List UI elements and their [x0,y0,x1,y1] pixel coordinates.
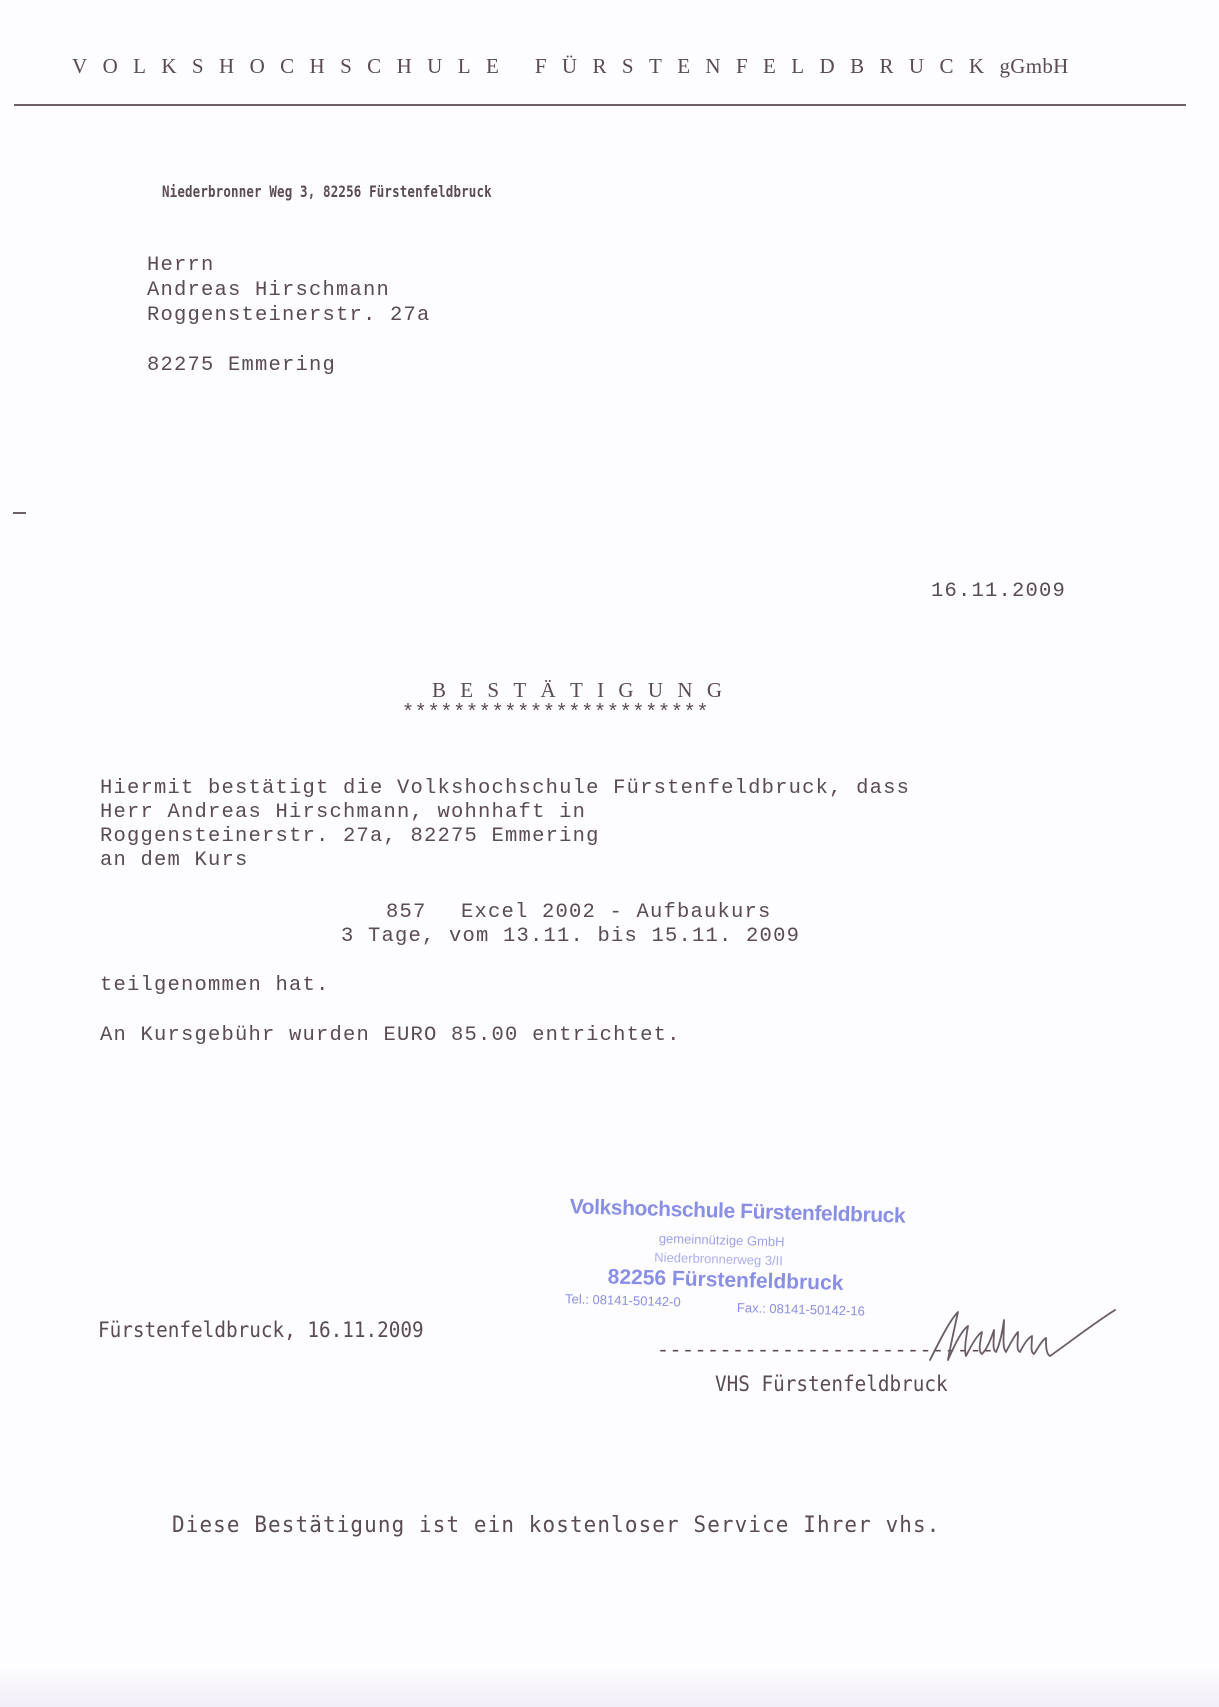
body-line-3: Roggensteinerstr. 27a, 82275 Emmering [100,825,600,848]
participation-line: teilgenommen hat. [100,974,330,997]
body-line-2: Herr Andreas Hirschmann, wohnhaft in [100,801,586,824]
sender-return-address: Niederbronner Weg 3, 82256 Fürstenfeldbr… [162,182,492,201]
letterhead-rule [14,104,1186,106]
stamp-city: 82256 Fürstenfeldbruck [607,1265,843,1296]
stamp-title: Volkshochschule Fürstenfeldbruck [569,1195,905,1228]
org-name: VOLKSHOCHSCHULE FÜRSTENFELDBRUCK [72,54,999,78]
recipient-street: Roggensteinerstr. 27a [147,304,431,327]
stamp-tel: Tel.: 08141-50142-0 [565,1291,681,1309]
stamp-fax: Fax.: 08141-50142-16 [737,1300,865,1319]
letterhead-org-name: VOLKSHOCHSCHULE FÜRSTENFELDBRUCKgGmbH [72,54,1069,79]
stamp-subtitle: gemeinnützige GmbH [659,1231,785,1250]
body-line-4: an dem Kurs [100,849,249,872]
recipient-city: 82275 Emmering [147,354,336,377]
course-name: Excel 2002 - Aufbaukurs [461,901,772,924]
letter-date: 16.11.2009 [931,580,1066,603]
handwritten-signature [920,1290,1120,1380]
signatory-name: VHS Fürstenfeldbruck [715,1372,948,1396]
organization-stamp: Volkshochschule Fürstenfeldbruck gemeinn… [556,1195,930,1345]
body-line-1: Hiermit bestätigt die Volkshochschule Fü… [100,777,910,800]
org-suffix: gGmbH [999,54,1068,78]
course-number: 857 [386,901,427,924]
footer-note: Diese Bestätigung ist ein kostenloser Se… [172,1513,940,1538]
closing-place-date: Fürstenfeldbruck, 16.11.2009 [98,1318,424,1342]
fold-mark [13,512,26,514]
recipient-salutation: Herrn [147,254,215,277]
title-underline-stars: ************************ [402,702,709,725]
page-edge-shading [0,1667,1219,1707]
course-duration: 3 Tage, vom 13.11. bis 15.11. 2009 [341,925,800,948]
recipient-name: Andreas Hirschmann [147,279,390,302]
document-title: BESTÄTIGUNG [432,678,736,703]
fee-line: An Kursgebühr wurden EURO 85.00 entricht… [100,1024,681,1047]
stamp-street: Niederbronnerweg 3/II [654,1250,783,1269]
